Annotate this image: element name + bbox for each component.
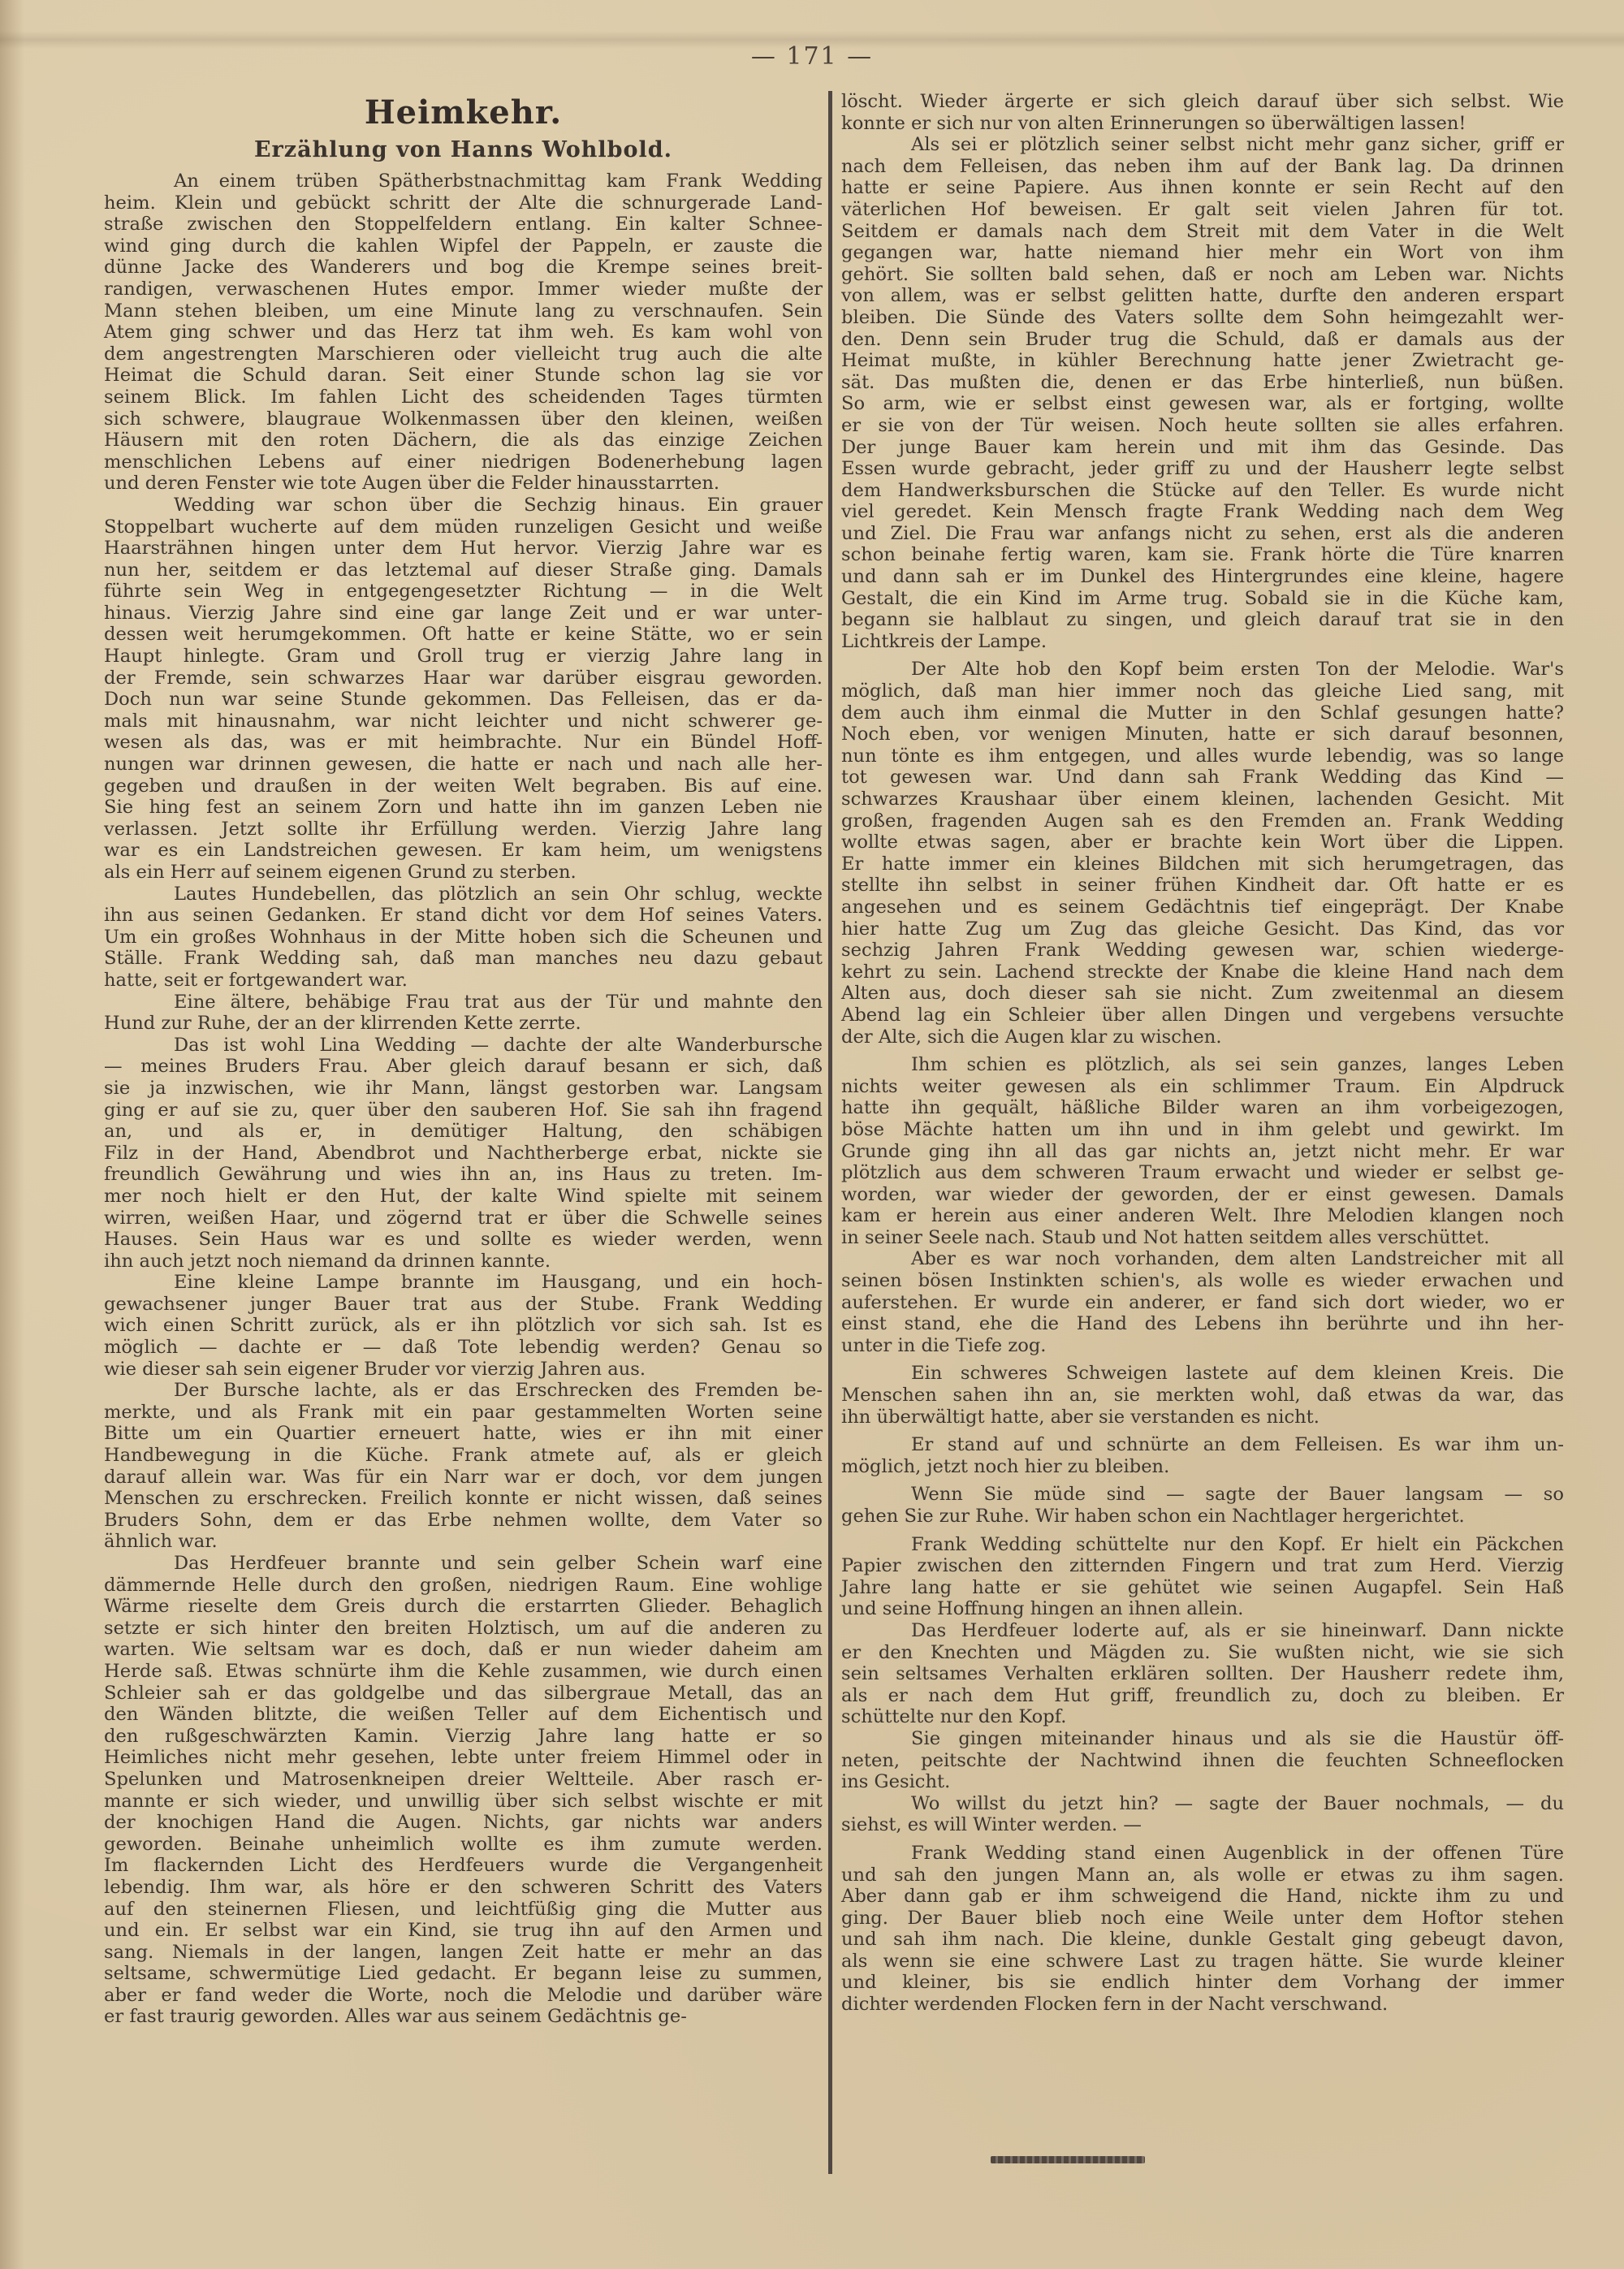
text-line: Stoppelbart wucherte auf dem müden runze… [104, 516, 823, 538]
text-line: unter in die Tiefe zog. [841, 1335, 1564, 1357]
text-line: sechzig Jahren Frank Wedding gewesen war… [841, 940, 1564, 962]
text-line: Gestalt, die ein Kind im Arme trug. Soba… [841, 588, 1564, 610]
text-line: und Ziel. Die Frau war anfangs nicht zu … [841, 523, 1564, 545]
text-line: der knochigen Hand die Augen. Nichts, ga… [104, 1812, 823, 1834]
text-line: war es ein Landstreichen gewesen. Er kam… [104, 840, 823, 862]
text-line: aber er fand weder die Worte, noch die M… [104, 1985, 823, 2007]
paragraph: Der Bursche lachte, als er das Erschreck… [104, 1380, 823, 1553]
text-line: begann sie halblaut zu singen, und gleic… [841, 609, 1564, 631]
text-line: Aber dann gab er ihm schweigend die Hand… [841, 1886, 1564, 1908]
text-line: der Alte, sich die Augen klar zu wischen… [841, 1026, 1564, 1048]
text-line: ging er auf sie zu, quer über den sauber… [104, 1100, 823, 1122]
text-line: Frank Wedding schüttelte nur den Kopf. E… [841, 1534, 1564, 1556]
text-line: möglich, jetzt noch hier zu bleiben. [841, 1456, 1564, 1478]
left-column-body: An einem trüben Spätherbstnachmittag kam… [104, 171, 823, 2028]
text-line: hatte er seine Papiere. Aus ihnen konnte… [841, 177, 1564, 199]
text-line: und ein. Er selbst war ein Kind, sie tru… [104, 1920, 823, 1942]
text-line: siehst, es will Winter werden. — [841, 1814, 1564, 1836]
text-line: An einem trüben Spätherbstnachmittag kam… [104, 171, 823, 192]
text-line: gehen Sie zur Ruhe. Wir haben schon ein … [841, 1506, 1564, 1528]
text-line: Bruders Sohn, dem er das Erbe nehmen wol… [104, 1510, 823, 1532]
text-line: ihn aus seinen Gedanken. Er stand dicht … [104, 905, 823, 927]
text-line: Wo willst du jetzt hin? — sagte der Baue… [841, 1793, 1564, 1815]
text-line: Herde saß. Etwas schnürte ihm die Kehle … [104, 1661, 823, 1683]
text-line: möglich, daß man hier immer noch das gle… [841, 681, 1564, 702]
text-line: als wenn sie eine schwere Last zu tragen… [841, 1951, 1564, 1973]
text-line: Wenn Sie müde sind — sagte der Bauer lan… [841, 1484, 1564, 1506]
right-column: löscht. Wieder ärgerte er sich gleich da… [841, 91, 1564, 2016]
text-line: den Wänden blitzte, die weißen Teller au… [104, 1704, 823, 1726]
text-line: dünne Jacke des Wanderers und bog die Kr… [104, 257, 823, 279]
text-line: ins Gesicht. [841, 1771, 1564, 1793]
text-line: nun tönte es ihm entgegen, und alles wur… [841, 746, 1564, 767]
text-line: Papier zwischen den zitternden Fingern u… [841, 1555, 1564, 1577]
text-line: neten, peitschte der Nachtwind ihnen die… [841, 1750, 1564, 1772]
text-line: Ställe. Frank Wedding sah, daß man manch… [104, 948, 823, 970]
text-line: in seiner Seele nach. Staub und Not hatt… [841, 1227, 1564, 1249]
text-line: ihn auch jetzt noch niemand da drinnen k… [104, 1251, 823, 1273]
paragraph: Er stand auf und schnürte an dem Felleis… [841, 1434, 1564, 1477]
text-line: viel geredet. Kein Mensch fragte Frank W… [841, 501, 1564, 523]
text-line: Grunde ging ihn all das gar nichts an, j… [841, 1141, 1564, 1163]
text-line: Lichtkreis der Lampe. [841, 631, 1564, 653]
text-line: Jahre lang hatte er sie gehütet wie sein… [841, 1577, 1564, 1599]
paragraph: Das Herdfeuer brannte und sein gelber Sc… [104, 1553, 823, 2028]
text-line: Frank Wedding stand einen Augenblick in … [841, 1843, 1564, 1865]
text-line: gegangen war, hatte niemand hier mehr ei… [841, 242, 1564, 264]
text-line: merkte, und als Frank mit ein paar gesta… [104, 1402, 823, 1424]
text-line: Das Herdfeuer brannte und sein gelber Sc… [104, 1553, 823, 1575]
article-title: Heimkehr. [104, 91, 823, 135]
text-line: schwarzes Kraushaar über einem kleinen, … [841, 789, 1564, 810]
article-byline: Erzählung von Hanns Wohlbold. [104, 135, 823, 166]
text-line: löscht. Wieder ärgerte er sich gleich da… [841, 91, 1564, 113]
text-line: Haarsträhnen hingen unter dem Hut hervor… [104, 538, 823, 560]
text-line: Menschen zu erschrecken. Freilich konnte… [104, 1488, 823, 1510]
text-line: heim. Klein und gebückt schritt der Alte… [104, 192, 823, 214]
text-line: wie dieser sah sein eigener Bruder vor v… [104, 1359, 823, 1381]
text-line: sät. Das mußten die, denen er das Erbe h… [841, 372, 1564, 394]
page-number: — 171 — [0, 42, 1624, 71]
text-line: hatte, seit er fortgewandert war. [104, 970, 823, 992]
text-line: von allem, was er selbst gelitten hatte,… [841, 285, 1564, 307]
text-line: setzte er sich hinter den breiten Holzti… [104, 1618, 823, 1640]
text-line: als er nach dem Hut griff, freundlich zu… [841, 1685, 1564, 1707]
text-line: tot gewesen war. Und dann sah Frank Wedd… [841, 767, 1564, 789]
paragraph: Lautes Hundebellen, das plötzlich an sei… [104, 884, 823, 992]
text-line: So arm, wie er selbst einst gewesen war,… [841, 393, 1564, 415]
text-line: Lautes Hundebellen, das plötzlich an sei… [104, 884, 823, 905]
text-line: Alten aus, doch dieser sah sie nicht. Zu… [841, 983, 1564, 1005]
text-line: verlassen. Jetzt sollte ihr Erfüllung we… [104, 819, 823, 841]
text-line: freundlich Gewährung und wies ihn an, in… [104, 1164, 823, 1186]
text-line: Heimat mußte, in kühler Berechnung hatte… [841, 350, 1564, 372]
left-column: Heimkehr. Erzählung von Hanns Wohlbold. … [104, 91, 823, 2028]
text-line: menschlichen Lebens auf einer niedrigen … [104, 452, 823, 473]
text-line: gehört. Sie sollten bald sehen, daß er n… [841, 264, 1564, 286]
text-line: bleiben. Die Sünde des Vaters sollte dem… [841, 307, 1564, 329]
paragraph: Aber es war noch vorhanden, dem alten La… [841, 1248, 1564, 1356]
text-line: böse Mächte hatten um ihn und in ihm gel… [841, 1119, 1564, 1141]
text-line: Atem ging schwer und das Herz tat ihm we… [104, 322, 823, 344]
text-line: und sah ihm nach. Die kleine, dunkle Ges… [841, 1929, 1564, 1951]
text-line: Abend lag ein Schleier über allen Dingen… [841, 1005, 1564, 1026]
text-line: dichter werdenden Flocken fern in der Na… [841, 1994, 1564, 2016]
text-line: Der junge Bauer kam herein und mit ihm d… [841, 437, 1564, 459]
paragraph: Wo willst du jetzt hin? — sagte der Baue… [841, 1793, 1564, 1836]
text-line: Bitte um ein Quartier erneuert hatte, wi… [104, 1423, 823, 1445]
paragraph: Ihm schien es plötzlich, als sei sein ga… [841, 1054, 1564, 1248]
text-line: plötzlich aus dem schweren Traum erwacht… [841, 1162, 1564, 1184]
text-line: Als sei er plötzlich seiner selbst nicht… [841, 134, 1564, 156]
text-line: führte sein Weg in entgegengesetzter Ric… [104, 581, 823, 603]
text-line: nach dem Felleisen, das neben ihm auf de… [841, 156, 1564, 178]
text-line: sich schwere, blaugraue Wolkenmassen übe… [104, 408, 823, 430]
text-line: Häusern mit den roten Dächern, die als d… [104, 430, 823, 452]
text-line: auferstehen. Er wurde ein anderer, er fa… [841, 1292, 1564, 1314]
text-line: nichts weiter gewesen als ein schlimmer … [841, 1076, 1564, 1098]
text-line: Doch nun war seine Stunde gekommen. Das … [104, 689, 823, 711]
text-line: Hauses. Sein Haus war es und sollte es w… [104, 1229, 823, 1251]
text-line: sang. Niemals in der langen, langen Zeit… [104, 1942, 823, 1964]
text-line: Ihm schien es plötzlich, als sei sein ga… [841, 1054, 1564, 1076]
text-line: Spelunken und Matrosenkneipen dreier Wel… [104, 1769, 823, 1791]
text-line: seinem Blick. Im fahlen Licht des scheid… [104, 387, 823, 408]
paragraph: Der Alte hob den Kopf beim ersten Ton de… [841, 659, 1564, 1048]
text-line: gegeben und draußen in der weiten Welt b… [104, 776, 823, 797]
text-line: mals mit hinausnahm, war nicht leichter … [104, 711, 823, 733]
column-divider [828, 91, 832, 2174]
text-line: und seine Hoffnung hingen an ihnen allei… [841, 1598, 1564, 1620]
text-line: Im flackernden Licht des Herdfeuers wurd… [104, 1855, 823, 1877]
text-line: gewachsener junger Bauer trat aus der St… [104, 1294, 823, 1316]
text-line: der Fremde, sein schwarzes Haar war darü… [104, 668, 823, 689]
text-line: wind ging durch die kahlen Wipfel der Pa… [104, 236, 823, 257]
text-line: ähnlich war. [104, 1531, 823, 1553]
text-line: den rußgeschwärzten Kamin. Vierzig Jahre… [104, 1726, 823, 1748]
text-line: dem auch ihm einmal die Mutter in den Sc… [841, 702, 1564, 724]
text-line: den. Denn sein Bruder trug die Schuld, d… [841, 329, 1564, 351]
text-line: Hund zur Ruhe, der an der klirrenden Ket… [104, 1013, 823, 1035]
text-line: einst stand, ehe die Hand des Lebens ihn… [841, 1313, 1564, 1335]
paragraph: Eine kleine Lampe brannte im Hausgang, u… [104, 1272, 823, 1380]
paragraph: Wedding war schon über die Sechzig hinau… [104, 495, 823, 884]
text-line: Eine kleine Lampe brannte im Hausgang, u… [104, 1272, 823, 1294]
paragraph: Eine ältere, behäbige Frau trat aus der … [104, 992, 823, 1035]
paragraph: Als sei er plötzlich seiner selbst nicht… [841, 134, 1564, 652]
text-line: Um ein großes Wohnhaus in der Mitte hobe… [104, 927, 823, 949]
paragraph: Frank Wedding schüttelte nur den Kopf. E… [841, 1534, 1564, 1620]
text-line: großen, fragenden Augen sah es den Fremd… [841, 810, 1564, 832]
text-line: dem Handwerksburschen die Stücke auf den… [841, 480, 1564, 502]
text-line: Das ist wohl Lina Wedding — dachte der a… [104, 1035, 823, 1057]
paragraph: Ein schweres Schweigen lastete auf dem k… [841, 1363, 1564, 1428]
text-line: lebendig. Ihm war, als höre er den schwe… [104, 1877, 823, 1899]
text-line: und kleiner, bis sie endlich hinter dem … [841, 1972, 1564, 1994]
text-line: geworden. Beinahe unheimlich wollte es i… [104, 1834, 823, 1856]
text-line: Der Bursche lachte, als er das Erschreck… [104, 1380, 823, 1402]
text-line: Das Herdfeuer loderte auf, als er sie hi… [841, 1620, 1564, 1642]
text-line: Seitdem er damals nach dem Streit mit de… [841, 221, 1564, 243]
text-line: Sie gingen miteinander hinaus und als si… [841, 1728, 1564, 1750]
text-line: kehrt zu sein. Lachend streckte der Knab… [841, 962, 1564, 983]
text-line: kam er herein aus einer anderen Welt. Ih… [841, 1205, 1564, 1227]
paragraph: löscht. Wieder ärgerte er sich gleich da… [841, 91, 1564, 134]
text-line: Wedding war schon über die Sechzig hinau… [104, 495, 823, 516]
text-line: er den Knechten und Mägden zu. Sie wußte… [841, 1642, 1564, 1664]
text-line: als ein Herr auf seinem eigenen Grund zu… [104, 862, 823, 884]
paragraph: Frank Wedding stand einen Augenblick in … [841, 1843, 1564, 2016]
text-line: schüttelte nur den Kopf. [841, 1706, 1564, 1728]
text-line: ihn überwältigt hatte, aber sie verstand… [841, 1407, 1564, 1428]
text-line: seinen bösen Instinkten schien's, als wo… [841, 1270, 1564, 1292]
text-line: Ein schweres Schweigen lastete auf dem k… [841, 1363, 1564, 1385]
text-line: Er hatte immer ein kleines Bildchen mit … [841, 854, 1564, 875]
text-line: randigen, verwaschenen Hutes empor. Imme… [104, 279, 823, 300]
text-line: Wärme rieselte dem Greis durch die ersta… [104, 1596, 823, 1618]
text-line: angesehen und es seinem Gedächtnis tief … [841, 897, 1564, 918]
text-line: er fast traurig geworden. Alles war aus … [104, 2006, 823, 2028]
newspaper-page: — 171 — Heimkehr. Erzählung von Hanns Wo… [0, 0, 1624, 2269]
text-line: Noch eben, vor wenigen Minuten, hatte er… [841, 724, 1564, 746]
paragraph: Sie gingen miteinander hinaus und als si… [841, 1728, 1564, 1793]
text-line: sie ja inzwischen, wie ihr Mann, längst … [104, 1078, 823, 1100]
text-line: hinaus. Vierzig Jahre sind eine gar lang… [104, 603, 823, 625]
text-line: Filz in der Hand, Abendbrot und Nachther… [104, 1143, 823, 1165]
text-line: nungen war drinnen gewesen, die hatte er… [104, 754, 823, 776]
text-line: ging. Der Bauer blieb noch eine Weile un… [841, 1908, 1564, 1930]
text-line: wich einen Schritt zurück, als er ihn pl… [104, 1315, 823, 1337]
text-line: Mann stehen bleiben, um eine Minute lang… [104, 300, 823, 322]
text-line: dämmernde Helle durch den großen, niedri… [104, 1575, 823, 1597]
paragraph: Wenn Sie müde sind — sagte der Bauer lan… [841, 1484, 1564, 1527]
text-line: warten. Wie seltsam war es doch, daß er … [104, 1639, 823, 1661]
text-line: nun her, seitdem er das letztemal auf di… [104, 560, 823, 581]
text-line: Haupt hinlegte. Gram und Groll trug er v… [104, 646, 823, 668]
text-line: seltsame, schwermütige Lied gedacht. Er … [104, 1963, 823, 1985]
text-line: Heimliches nicht mehr gesehen, lebte unt… [104, 1747, 823, 1769]
text-line: Sie hing fest an seinem Zorn und hatte i… [104, 797, 823, 819]
text-line: schon beinahe fertig waren, kam sie. Fra… [841, 544, 1564, 566]
right-column-body: löscht. Wieder ärgerte er sich gleich da… [841, 91, 1564, 2016]
text-line: Aber es war noch vorhanden, dem alten La… [841, 1248, 1564, 1270]
text-line: Er stand auf und schnürte an dem Felleis… [841, 1434, 1564, 1456]
paragraph: Das ist wohl Lina Wedding — dachte der a… [104, 1035, 823, 1273]
text-line: straße zwischen den Stoppelfeldern entla… [104, 214, 823, 236]
text-line: wesen als das, was er mit heimbrachte. N… [104, 732, 823, 754]
text-line: auf den steinernen Fliesen, und leichtfü… [104, 1899, 823, 1921]
paper-edge-shadow [0, 0, 24, 2269]
text-line: wollte etwas sagen, aber er brachte kein… [841, 832, 1564, 854]
paragraph: Das Herdfeuer loderte auf, als er sie hi… [841, 1620, 1564, 1728]
text-line: Essen wurde gebracht, jeder griff zu und… [841, 458, 1564, 480]
text-line: hier hatte Zug um Zug das gleiche Gesich… [841, 918, 1564, 940]
text-line: mannte er sich wieder, und unwillig über… [104, 1791, 823, 1813]
text-line: darauf allein war. Was für ein Narr war … [104, 1467, 823, 1489]
text-line: Schleier sah er das goldgelbe und das si… [104, 1683, 823, 1705]
text-line: — meines Bruders Frau. Aber gleich darau… [104, 1056, 823, 1078]
text-line: hatte ihn gequält, häßliche Bilder waren… [841, 1097, 1564, 1119]
text-line: und deren Fenster wie tote Augen über di… [104, 473, 823, 495]
text-line: mer noch hielt er den Hut, der kalte Win… [104, 1186, 823, 1208]
text-line: Menschen sahen ihn an, sie merkten wohl,… [841, 1385, 1564, 1407]
text-line: dem angestrengten Marschieren oder viell… [104, 344, 823, 365]
text-line: möglich — dachte er — daß Tote lebendig … [104, 1337, 823, 1359]
text-line: Heimat die Schuld daran. Seit einer Stun… [104, 365, 823, 387]
end-of-article-ornament [991, 2156, 1145, 2163]
text-line: konnte er sich nur von alten Erinnerunge… [841, 113, 1564, 135]
paragraph: An einem trüben Spätherbstnachmittag kam… [104, 171, 823, 495]
text-line: Handbewegung in die Küche. Frank atmete … [104, 1445, 823, 1467]
text-line: und sah den jungen Mann an, als wolle er… [841, 1865, 1564, 1887]
text-line: dessen weit herumgekommen. Oft hatte er … [104, 624, 823, 646]
text-line: väterlichen Hof beweisen. Er galt seit v… [841, 199, 1564, 221]
text-line: worden, war wieder der geworden, der er … [841, 1184, 1564, 1206]
text-line: stellte ihn selbst in seiner frühen Kind… [841, 875, 1564, 897]
text-line: er sie von der Tür weisen. Noch heute so… [841, 415, 1564, 437]
text-line: sein seltsames Verhalten erklären sollte… [841, 1663, 1564, 1685]
text-line: und dann sah er im Dunkel des Hintergrun… [841, 566, 1564, 588]
text-line: wirren, weißen Haar, und zögernd trat er… [104, 1208, 823, 1230]
text-line: Der Alte hob den Kopf beim ersten Ton de… [841, 659, 1564, 681]
text-line: Eine ältere, behäbige Frau trat aus der … [104, 992, 823, 1013]
text-line: an, und als er, in demütiger Haltung, de… [104, 1121, 823, 1143]
